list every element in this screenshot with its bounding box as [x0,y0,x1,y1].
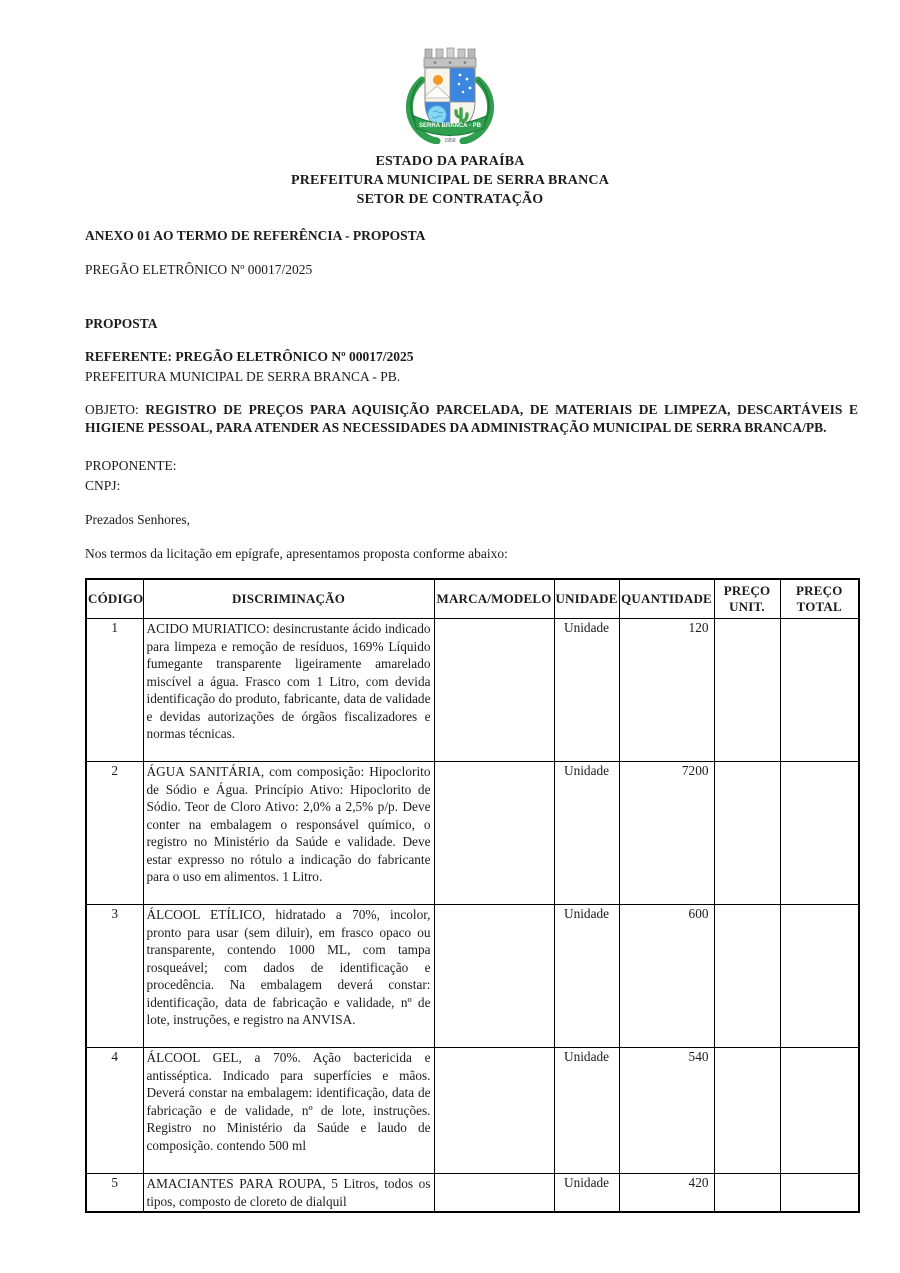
salutation: Prezados Senhores, [85,511,858,529]
table-header-row: CÓDIGO DISCRIMINAÇÃO MARCA/MODELO UNIDAD… [86,579,859,619]
document-page: SERRA BRANCA - PB 1959 ESTADO DA PARAÍBA… [0,0,900,1273]
proponente-label: PROPONENTE: [85,457,858,475]
org-name-line: PREFEITURA MUNICIPAL DE SERRA BRANCA [0,171,900,190]
cell-marca-modelo [434,619,554,762]
cell-marca-modelo [434,762,554,905]
cell-discriminacao: ÁLCOOL ETÍLICO, hidratado a 70%, incolor… [143,905,434,1048]
cell-preco-total [780,1174,859,1213]
table-row-4: 4 ÁLCOOL GEL, a 70%. Ação bactericida e … [86,1048,859,1174]
org-dept-line: SETOR DE CONTRATAÇÃO [0,190,900,209]
cell-quantidade: 420 [619,1174,714,1213]
col-header-codigo: CÓDIGO [86,579,143,619]
cell-unidade: Unidade [554,1174,619,1213]
cell-preco-unit [714,1048,780,1174]
cell-preco-unit [714,619,780,762]
referente-line: REFERENTE: PREGÃO ELETRÔNICO Nº 00017/20… [85,348,858,366]
objeto-label: OBJETO: [85,402,139,417]
cell-preco-total [780,905,859,1048]
cell-preco-total [780,1048,859,1174]
cell-marca-modelo [434,905,554,1048]
proposta-label: PROPOSTA [85,315,858,333]
crest-crown [424,48,476,67]
items-table-wrap: CÓDIGO DISCRIMINAÇÃO MARCA/MODELO UNIDAD… [85,578,858,1213]
cell-codigo: 2 [86,762,143,905]
cell-unidade: Unidade [554,1048,619,1174]
cell-quantidade: 600 [619,905,714,1048]
col-header-marca-modelo: MARCA/MODELO [434,579,554,619]
cell-quantidade: 120 [619,619,714,762]
org-header: ESTADO DA PARAÍBA PREFEITURA MUNICIPAL D… [0,152,900,209]
cell-marca-modelo [434,1048,554,1174]
table-row-3: 3 ÁLCOOL ETÍLICO, hidratado a 70%, incol… [86,905,859,1048]
table-row-2: 2 ÁGUA SANITÁRIA, com composição: Hipocl… [86,762,859,905]
col-header-discriminacao: DISCRIMINAÇÃO [143,579,434,619]
crest-banner-text: SERRA BRANCA - PB [419,123,482,129]
cell-preco-unit [714,762,780,905]
cell-codigo: 3 [86,905,143,1048]
cell-unidade: Unidade [554,905,619,1048]
cnpj-label: CNPJ: [85,477,858,495]
intro-line: Nos termos da licitação em epígrafe, apr… [85,545,858,563]
col-header-preco-unit: PREÇO UNIT. [714,579,780,619]
cell-preco-total [780,619,859,762]
col-header-preco-total: PREÇO TOTAL [780,579,859,619]
col-header-unidade: UNIDADE [554,579,619,619]
pregao-number-line: PREGÃO ELETRÔNICO Nº 00017/2025 [85,261,858,279]
cell-preco-unit [714,905,780,1048]
table-row-5: 5 AMACIANTES PARA ROUPA, 5 Litros, todos… [86,1174,859,1213]
cell-quantidade: 540 [619,1048,714,1174]
cell-preco-unit [714,1174,780,1213]
cell-quantidade: 7200 [619,762,714,905]
objeto-text: REGISTRO DE PREÇOS PARA AQUISIÇÃO PARCEL… [85,402,858,435]
cell-codigo: 1 [86,619,143,762]
cell-preco-total [780,762,859,905]
crest-year-text: 1959 [444,138,455,144]
org-state-line: ESTADO DA PARAÍBA [0,152,900,171]
cell-unidade: Unidade [554,619,619,762]
prefeitura-line: PREFEITURA MUNICIPAL DE SERRA BRANCA - P… [85,368,858,386]
cell-discriminacao: AMACIANTES PARA ROUPA, 5 Litros, todos o… [143,1174,434,1213]
municipal-crest-icon: SERRA BRANCA - PB 1959 [404,44,496,144]
items-table: CÓDIGO DISCRIMINAÇÃO MARCA/MODELO UNIDAD… [85,578,860,1213]
cell-discriminacao: ÁGUA SANITÁRIA, com composição: Hipoclor… [143,762,434,905]
cell-discriminacao: ACIDO MURIATICO: desincrustante ácido in… [143,619,434,762]
cell-discriminacao: ÁLCOOL GEL, a 70%. Ação bactericida e an… [143,1048,434,1174]
objeto-paragraph: OBJETO: REGISTRO DE PREÇOS PARA AQUISIÇÃ… [85,401,858,437]
anexo-title: ANEXO 01 AO TERMO DE REFERÊNCIA - PROPOS… [85,227,858,245]
cell-codigo: 4 [86,1048,143,1174]
table-row-1: 1 ACIDO MURIATICO: desincrustante ácido … [86,619,859,762]
cell-unidade: Unidade [554,762,619,905]
col-header-quantidade: QUANTIDADE [619,579,714,619]
cell-marca-modelo [434,1174,554,1213]
cell-codigo: 5 [86,1174,143,1213]
